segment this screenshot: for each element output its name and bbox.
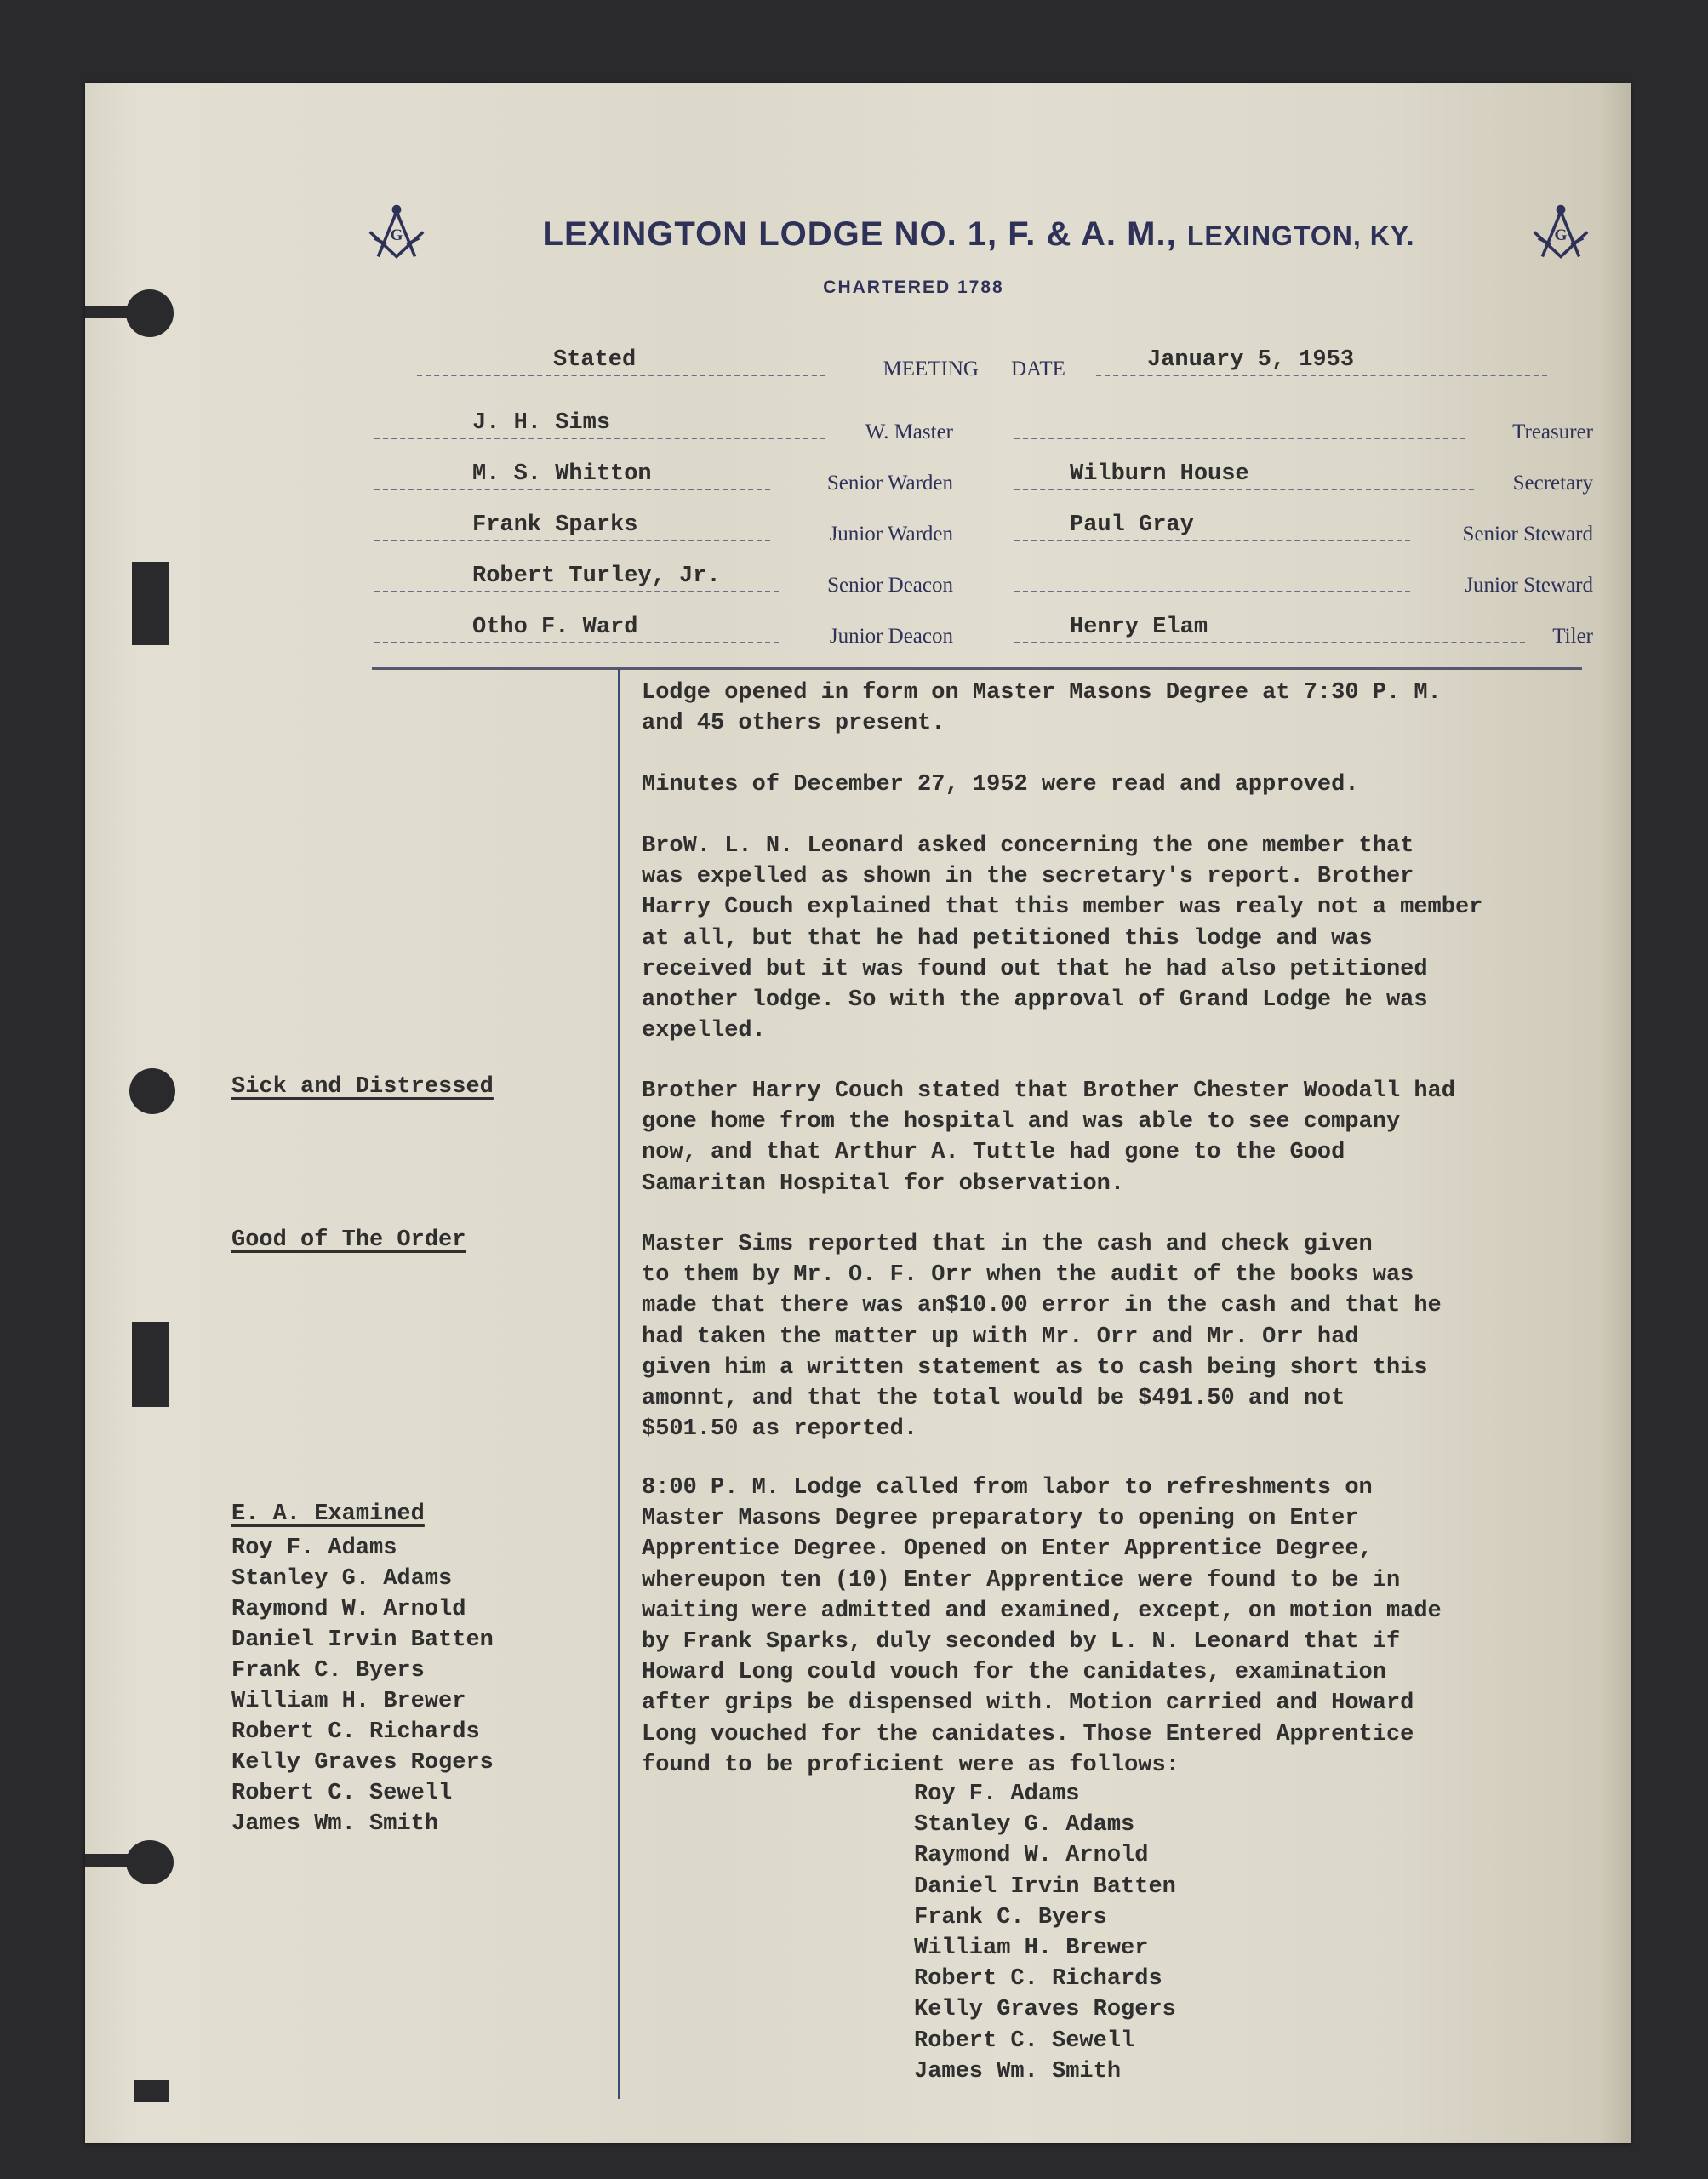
paragraph-good-of-the-order: Master Sims reported that in the cash an…	[642, 1229, 1586, 1444]
svg-text:G: G	[1555, 226, 1568, 244]
list-item: Robert C. Richards	[231, 1717, 494, 1747]
officer-junior-steward: Junior Steward	[1014, 557, 1593, 598]
paragraph-ea-degree: 8:00 P. M. Lodge called from labor to re…	[642, 1473, 1586, 1781]
list-item: Raymond W. Arnold	[914, 1840, 1176, 1871]
officer-title: Junior Steward	[1465, 574, 1593, 598]
lodge-name: LEXINGTON LODGE NO. 1, F. & A. M., LEXIN…	[543, 215, 1415, 254]
officer-secretary: Wilburn House Secretary	[1014, 455, 1593, 495]
officer-title: Senior Deacon	[827, 574, 953, 598]
heading-ea-examined: E. A. Examined	[231, 1501, 425, 1527]
officer-title: W. Master	[865, 420, 953, 444]
list-item: James Wm. Smith	[914, 2056, 1176, 2087]
square-and-compasses-icon: G	[366, 203, 427, 265]
officer-name: M. S. Whitton	[472, 461, 652, 487]
paragraph-sick-and-distressed: Brother Harry Couch stated that Brother …	[642, 1076, 1586, 1199]
lodge-title: LEXINGTON LODGE NO. 1, F. & A. M.,	[543, 215, 1177, 253]
meeting-type-field: Stated MEETING	[417, 340, 979, 381]
list-item: Stanley G. Adams	[914, 1810, 1176, 1840]
officer-junior-deacon: Otho F. Ward Junior Deacon	[374, 608, 953, 649]
list-item: Robert C. Sewell	[231, 1778, 494, 1809]
square-and-compasses-icon: G	[1530, 203, 1591, 265]
column-divider	[618, 669, 620, 2099]
officer-senior-steward: Paul Gray Senior Steward	[1014, 506, 1593, 546]
list-item: Frank C. Byers	[231, 1656, 494, 1686]
officer-title: Secretary	[1513, 472, 1593, 495]
svg-text:G: G	[391, 226, 403, 244]
list-item: Robert C. Richards	[914, 1964, 1176, 1994]
officer-name: Robert Turley, Jr.	[472, 563, 721, 589]
punch-slot-lower	[132, 1322, 169, 1407]
date-value: January 5, 1953	[1147, 347, 1354, 373]
list-item: Raymond W. Arnold	[231, 1594, 494, 1625]
officer-name: Paul Gray	[1070, 512, 1194, 538]
officer-name: Henry Elam	[1070, 615, 1208, 640]
list-item: Daniel Irvin Batten	[231, 1625, 494, 1656]
proficient-list: Roy F. Adams Stanley G. Adams Raymond W.…	[914, 1779, 1176, 2087]
officer-senior-warden: M. S. Whitton Senior Warden	[374, 455, 953, 495]
lodge-city: LEXINGTON, KY.	[1187, 220, 1415, 251]
list-item: Roy F. Adams	[914, 1779, 1176, 1810]
list-item: James Wm. Smith	[231, 1809, 494, 1839]
header-divider	[372, 667, 1582, 670]
officer-name: J. H. Sims	[472, 410, 610, 436]
officer-title: Junior Deacon	[830, 625, 953, 649]
list-item: William H. Brewer	[231, 1686, 494, 1717]
list-item: Stanley G. Adams	[231, 1564, 494, 1594]
date-label: DATE	[1011, 357, 1065, 381]
paragraph-expelled-member: BroW. L. N. Leonard asked concerning the…	[642, 831, 1586, 1046]
date-field: DATE January 5, 1953	[1011, 340, 1547, 381]
list-item: William H. Brewer	[914, 1933, 1176, 1964]
punch-hole-middle	[129, 1068, 175, 1114]
edge-notch-bottom	[134, 2080, 169, 2102]
list-item: Kelly Graves Rogers	[231, 1747, 494, 1778]
meeting-label: MEETING	[883, 357, 979, 381]
chartered-subtitle: CHARTERED 1788	[0, 277, 1708, 298]
officer-title: Tiler	[1552, 625, 1593, 649]
officer-name: Wilburn House	[1070, 461, 1249, 487]
officer-title: Senior Steward	[1463, 523, 1593, 546]
officer-w-master: J. H. Sims W. Master	[374, 403, 953, 444]
officer-title: Junior Warden	[830, 523, 953, 546]
letterhead: G LEXINGTON LODGE NO. 1, F. & A. M., LEX…	[366, 209, 1591, 260]
officer-title: Senior Warden	[827, 472, 953, 495]
paragraph-minutes-approved: Minutes of December 27, 1952 were read a…	[642, 769, 1586, 800]
heading-sick-and-distressed: Sick and Distressed	[231, 1074, 494, 1100]
officer-junior-warden: Frank Sparks Junior Warden	[374, 506, 953, 546]
list-item: Frank C. Byers	[914, 1902, 1176, 1933]
punch-tear-top	[85, 306, 136, 318]
ea-examined-list: Roy F. Adams Stanley G. Adams Raymond W.…	[231, 1533, 494, 1839]
officer-name: Otho F. Ward	[472, 615, 637, 640]
list-item: Kelly Graves Rogers	[914, 1994, 1176, 2025]
punch-tear-bottom	[85, 1854, 136, 1867]
list-item: Roy F. Adams	[231, 1533, 494, 1564]
list-item: Daniel Irvin Batten	[914, 1872, 1176, 1902]
officer-tiler: Henry Elam Tiler	[1014, 608, 1593, 649]
list-item: Robert C. Sewell	[914, 2026, 1176, 2056]
officer-name: Frank Sparks	[472, 512, 637, 538]
meeting-type-value: Stated	[553, 347, 636, 373]
heading-good-of-the-order: Good of The Order	[231, 1227, 466, 1253]
paragraph-opening: Lodge opened in form on Master Masons De…	[642, 678, 1586, 739]
punch-slot-upper	[132, 562, 169, 645]
officer-treasurer: Treasurer	[1014, 403, 1593, 444]
officer-title: Treasurer	[1512, 420, 1593, 444]
officer-senior-deacon: Robert Turley, Jr. Senior Deacon	[374, 557, 953, 598]
